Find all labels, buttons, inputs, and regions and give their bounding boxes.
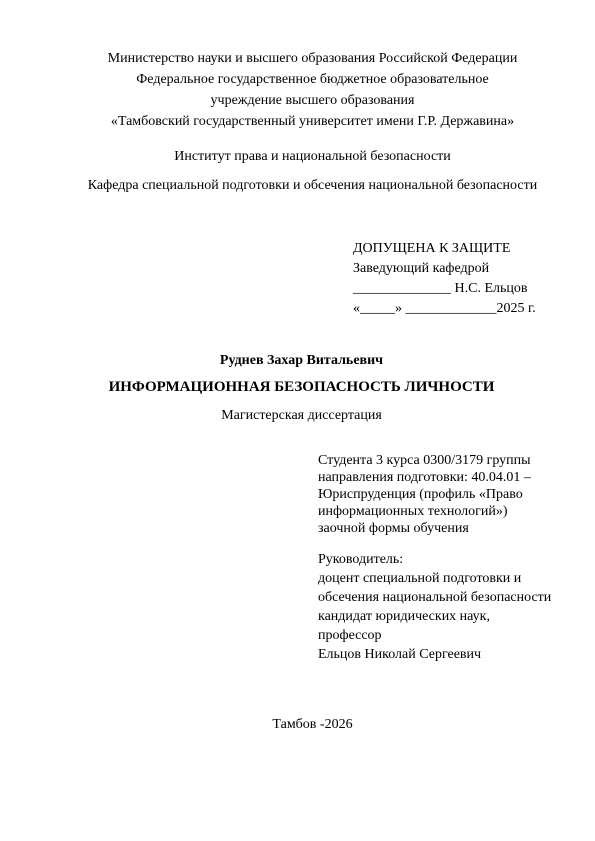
supervisor-info-line: кандидат юридических наук,: [318, 607, 568, 626]
signature-line: ______________ Н.С. Ельцов: [353, 279, 536, 299]
department-line: Кафедра специальной подготовки и обсечен…: [30, 175, 595, 196]
ministry-line: Министерство науки и высшего образования…: [30, 48, 595, 69]
student-info-line: Юриспруденция (профиль «Право: [318, 486, 568, 503]
thesis-title-page: Министерство науки и высшего образования…: [0, 0, 595, 841]
supervisor-info-block: Руководитель: доцент специальной подгото…: [318, 550, 568, 664]
student-info-block: Студента 3 курса 0300/3179 группы направ…: [318, 452, 568, 537]
university-name-line: «Тамбовский государственный университет …: [30, 111, 595, 132]
ministry-line: учреждение высшего образования: [30, 90, 595, 111]
date-line: «_____» _____________2025 г.: [353, 299, 536, 319]
city-year-line: Тамбов -2026: [30, 716, 595, 734]
author-name: Руднев Захар Витальевич: [8, 352, 595, 370]
student-info-line: Студента 3 курса 0300/3179 группы: [318, 452, 568, 469]
institute-line: Институт права и национальной безопаснос…: [30, 146, 595, 167]
ministry-line: Федеральное государственное бюджетное об…: [30, 69, 595, 90]
supervisor-info-line: обсечения национальной безопасности: [318, 588, 568, 607]
student-info-line: направления подготовки: 40.04.01 –: [318, 469, 568, 486]
thesis-title: ИНФОРМАЦИОННАЯ БЕЗОПАСНОСТЬ ЛИЧНОСТИ: [8, 378, 595, 396]
thesis-type-subtitle: Магистерская диссертация: [8, 407, 595, 425]
supervisor-label-line: Руководитель:: [318, 550, 568, 569]
supervisor-info-line: доцент специальной подготовки и: [318, 569, 568, 588]
student-info-line: заочной формы обучения: [318, 520, 568, 537]
ministry-header: Министерство науки и высшего образования…: [30, 48, 595, 132]
student-info-line: информационных технологий»): [318, 503, 568, 520]
approval-block: ДОПУЩЕНА К ЗАЩИТЕ Заведующий кафедрой __…: [353, 239, 536, 319]
supervisor-name-line: Ельцов Николай Сергеевич: [318, 645, 568, 664]
approval-stamp-line: ДОПУЩЕНА К ЗАЩИТЕ: [353, 239, 536, 259]
supervisor-info-line: профессор: [318, 626, 568, 645]
head-of-department-label: Заведующий кафедрой: [353, 259, 536, 279]
